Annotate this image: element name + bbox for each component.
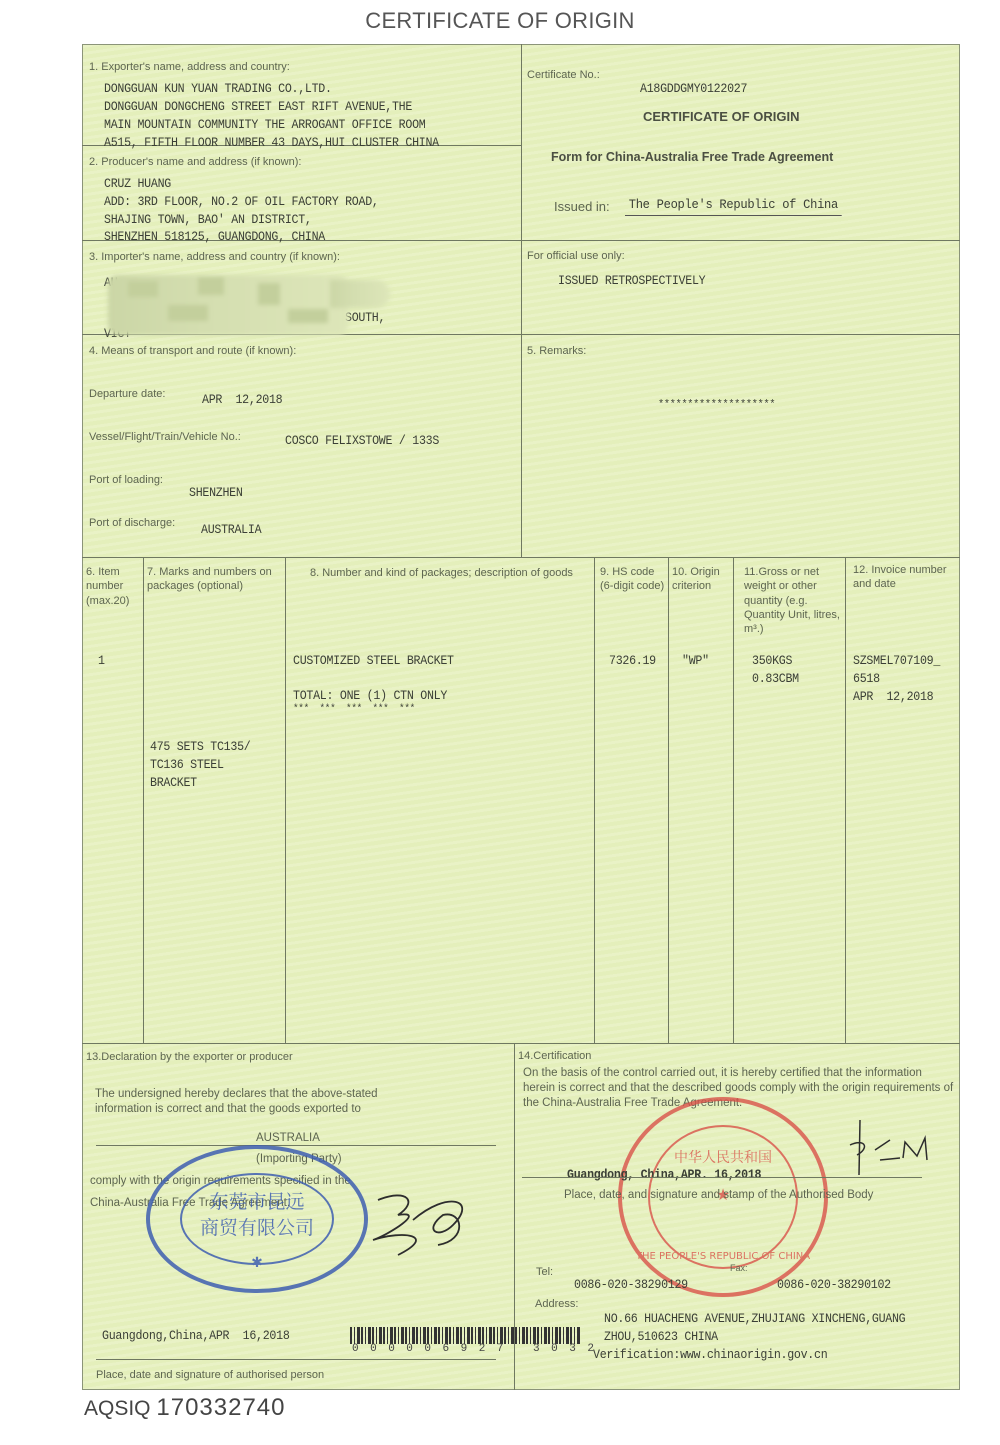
divider-items-table [82, 557, 960, 558]
divider-bottom-section [82, 1043, 960, 1044]
certification-signature-line [522, 1177, 922, 1178]
official-use-value: ISSUED RETROSPECTIVELY [558, 272, 705, 290]
divider-vertical-top [521, 44, 522, 557]
remarks-label: 5. Remarks: [527, 344, 586, 358]
producer-line-2: ADD: 3RD FLOOR, NO.2 OF OIL FACTORY ROAD… [104, 193, 379, 211]
exporter-line-3: MAIN MOUNTAIN COMMUNITY THE ARROGANT OFF… [104, 116, 425, 134]
divider-col11 [733, 557, 734, 1043]
barcode [350, 1327, 580, 1344]
col-header-weight: 11.Gross or net weight or other quantity… [744, 565, 844, 636]
authority-stamp-en: THE PEOPLE'S REPUBLIC OF CHINA [622, 1251, 824, 1262]
producer-line-3: SHAJING TOWN, BAO' AN DISTRICT, [104, 211, 312, 229]
exporter-signature [368, 1180, 478, 1270]
aqsiq-prefix: AQSIQ [84, 1397, 151, 1420]
box13-label: 13.Declaration by the exporter or produc… [86, 1050, 293, 1064]
item-description: CUSTOMIZED STEEL BRACKET [293, 652, 454, 670]
departure-date-label: Departure date: [89, 387, 165, 401]
col-header-hs-code: 9. HS code (6-digit code) [600, 565, 666, 594]
vessel-label: Vessel/Flight/Train/Vehicle No.: [89, 430, 241, 444]
certificate-title: CERTIFICATE OF ORIGIN [643, 109, 799, 124]
stamp-cn-line-2: 商贸有限公司 [150, 1213, 364, 1240]
exporter-signature-line [96, 1359, 496, 1360]
exporter-company-stamp: 东莞市昆远 商贸有限公司 ✱ [146, 1145, 368, 1293]
producer-line-4: SHENZHEN 518125, GUANGDONG, CHINA [104, 228, 325, 246]
tel-number-1: 0086-020-38290129 [574, 1276, 688, 1294]
exporter-signature-label: Place, date and signature of authorised … [96, 1368, 324, 1382]
port-discharge-value: AUSTRALIA [201, 521, 261, 539]
col-header-origin-criterion: 10. Origin criterion [672, 565, 732, 594]
verification-link[interactable]: Verification:www.chinaorigin.gov.cn [593, 1346, 827, 1364]
official-use-label: For official use only: [527, 249, 625, 263]
authority-stamp-cn: 中华人民共和国 [622, 1147, 824, 1167]
port-discharge-label: Port of discharge: [89, 516, 175, 530]
exporter-place-date: Guangdong,China,APR 16,2018 [102, 1327, 290, 1345]
declaration-text: The undersigned hereby declares that the… [95, 1087, 435, 1117]
item-origin-criterion: "WP" [682, 652, 709, 670]
aqsiq-code: AQSIQ 170332740 [84, 1394, 286, 1422]
remarks-value: ******************** [658, 398, 775, 414]
issued-in-label: Issued in: [554, 199, 610, 216]
item-marks: 475 SETS TC135/ TC136 STEEL BRACKET [150, 738, 250, 792]
authority-address: NO.66 HUACHENG AVENUE,ZHUJIANG XINCHENG,… [604, 1310, 905, 1346]
certificate-number-label: Certificate No.: [527, 68, 600, 82]
barcode-digits: 000006927 3032 [352, 1343, 605, 1355]
box1-label: 1. Exporter's name, address and country: [89, 60, 290, 74]
address-label: Address: [535, 1297, 578, 1311]
stamp-star-icon: ✱ [150, 1255, 364, 1271]
box4-label: 4. Means of transport and route (if know… [89, 344, 296, 358]
redacted-importer-tail [330, 280, 390, 308]
divider-col8 [285, 557, 286, 1043]
tel-label: Tel: [536, 1265, 553, 1279]
item-invoice: SZSMEL707109_ 6518 APR 12,2018 [853, 652, 940, 706]
vessel-value: COSCO FELIXSTOWE / 133S [285, 432, 439, 450]
col-header-description: 8. Number and kind of packages; descript… [310, 566, 585, 580]
certificate-number: A18GDDGMY0122027 [640, 80, 747, 98]
divider-col10 [668, 557, 669, 1043]
exporter-line-2: DONGGUAN DONGCHENG STREET EAST RIFT AVEN… [104, 98, 412, 116]
stamp-cn-line-1: 东莞市昆远 [150, 1187, 364, 1214]
issued-in-value: The People's Republic of China [625, 196, 842, 216]
box3-label: 3. Importer's name, address and country … [89, 250, 340, 264]
importer-fragment-2: SOUTH, [345, 309, 385, 327]
certification-signature-label: Place, date, and signature and stamp of … [564, 1188, 873, 1203]
authority-signature [845, 1120, 940, 1180]
fax-label: Fax: [730, 1263, 748, 1275]
declaration-country: AUSTRALIA [256, 1131, 320, 1146]
producer-line-1: CRUZ HUANG [104, 175, 171, 193]
item-hs-code: 7326.19 [609, 652, 656, 670]
col-header-marks: 7. Marks and numbers on packages (option… [147, 565, 285, 594]
certification-place-date: Guangdong, China,APR. 16,2018 [567, 1166, 761, 1184]
item-number: 1 [98, 652, 105, 670]
divider-col9 [594, 557, 595, 1043]
box14-label: 14.Certification [518, 1049, 591, 1063]
col-header-invoice: 12. Invoice number and date [853, 563, 958, 592]
divider-col7 [143, 557, 144, 1043]
page-title: CERTIFICATE OF ORIGIN [0, 8, 1000, 34]
box2-label: 2. Producer's name and address (if known… [89, 155, 301, 169]
divider-col12 [845, 557, 846, 1043]
exporter-line-4: A515, FIFTH FLOOR NUMBER 43 DAYS,HUI CLU… [104, 134, 439, 152]
tel-number-2: 0086-020-38290102 [777, 1276, 891, 1294]
form-title: Form for China-Australia Free Trade Agre… [551, 150, 833, 164]
redacted-importer [108, 275, 348, 335]
item-stars: *** *** *** *** *** [293, 703, 415, 718]
country-underline [96, 1145, 496, 1146]
port-loading-label: Port of loading: [89, 473, 163, 487]
port-loading-value: SHENZHEN [189, 484, 243, 502]
col-header-item-number: 6. Item number (max.20) [86, 565, 142, 608]
departure-date-value: APR 12,2018 [202, 391, 282, 409]
aqsiq-number: 170332740 [156, 1394, 285, 1421]
exporter-line-1: DONGGUAN KUN YUAN TRADING CO.,LTD. [104, 80, 332, 98]
item-weight: 350KGS 0.83CBM [752, 652, 799, 688]
